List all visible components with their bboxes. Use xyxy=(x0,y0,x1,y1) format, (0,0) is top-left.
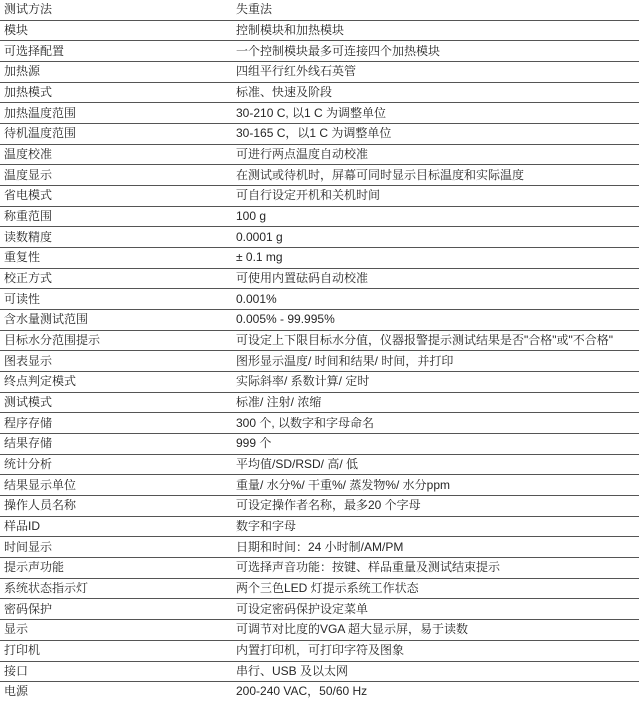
spec-value: 300 个, 以数字和字母命名 xyxy=(236,417,639,430)
table-row: 程序存储 300 个, 以数字和字母命名 xyxy=(0,413,639,434)
table-row: 读数精度 0.0001 g xyxy=(0,227,639,248)
spec-value: 可设定密码保护设定菜单 xyxy=(236,603,639,616)
spec-value: 内置打印机，可打印字符及图象 xyxy=(236,644,639,657)
spec-value: 可使用内置砝码自动校准 xyxy=(236,272,639,285)
table-row: 统计分析 平均值/SD/RSD/ 高/ 低 xyxy=(0,455,639,476)
spec-label: 可选择配置 xyxy=(0,45,236,58)
spec-label: 待机温度范围 xyxy=(0,127,236,140)
table-row: 加热温度范围 30-210 C, 以1 C 为调整单位 xyxy=(0,103,639,124)
spec-value: 可选择声音功能：按键、样品重量及测试结束提示 xyxy=(236,561,639,574)
spec-value: 控制模块和加热模块 xyxy=(236,24,639,37)
table-row: 打印机 内置打印机，可打印字符及图象 xyxy=(0,641,639,662)
spec-value: 四组平行红外线石英管 xyxy=(236,65,639,78)
table-row: 密码保护 可设定密码保护设定菜单 xyxy=(0,599,639,620)
spec-label: 加热源 xyxy=(0,65,236,78)
spec-label: 模块 xyxy=(0,24,236,37)
table-row: 温度显示 在测试或待机时，屏幕可同时显示目标温度和实际温度 xyxy=(0,165,639,186)
table-row: 提示声功能 可选择声音功能：按键、样品重量及测试结束提示 xyxy=(0,558,639,579)
table-row: 加热源 四组平行红外线石英管 xyxy=(0,62,639,83)
table-row: 终点判定模式 实际斜率/ 系数计算/ 定时 xyxy=(0,372,639,393)
spec-value: 可设定上下限目标水分值，仪器报警提示测试结果是否"合格"或"不合格" xyxy=(236,334,639,347)
spec-label: 提示声功能 xyxy=(0,561,236,574)
table-row: 含水量测试范围 0.005% - 99.995% xyxy=(0,310,639,331)
table-row: 电源 200-240 VAC，50/60 Hz xyxy=(0,682,639,702)
table-row: 结果显示单位 重量/ 水分%/ 干重%/ 蒸发物%/ 水分ppm xyxy=(0,475,639,496)
spec-value: 0.001% xyxy=(236,293,639,306)
spec-value: 30-165 C，以1 C 为调整单位 xyxy=(236,127,639,140)
spec-label: 可读性 xyxy=(0,293,236,306)
spec-value: 标准、快速及阶段 xyxy=(236,86,639,99)
table-row: 称重范围 100 g xyxy=(0,207,639,228)
spec-value: 重量/ 水分%/ 干重%/ 蒸发物%/ 水分ppm xyxy=(236,479,639,492)
spec-value: 实际斜率/ 系数计算/ 定时 xyxy=(236,375,639,388)
table-row: 接口 串行、USB 及以太网 xyxy=(0,662,639,683)
spec-label: 温度校准 xyxy=(0,148,236,161)
spec-label: 加热模式 xyxy=(0,86,236,99)
spec-value: 可设定操作者名称，最多20 个字母 xyxy=(236,499,639,512)
spec-label: 重复性 xyxy=(0,251,236,264)
table-row: 测试方法 失重法 xyxy=(0,0,639,21)
table-row: 图表显示 图形显示温度/ 时间和结果/ 时间，并打印 xyxy=(0,351,639,372)
spec-value: 在测试或待机时，屏幕可同时显示目标温度和实际温度 xyxy=(236,169,639,182)
spec-value: 0.005% - 99.995% xyxy=(236,313,639,326)
spec-label: 接口 xyxy=(0,665,236,678)
table-row: 系统状态指示灯 两个三色LED 灯提示系统工作状态 xyxy=(0,579,639,600)
spec-label: 统计分析 xyxy=(0,458,236,471)
table-row: 可读性 0.001% xyxy=(0,289,639,310)
table-row: 测试模式 标准/ 注射/ 浓缩 xyxy=(0,393,639,414)
spec-value: 失重法 xyxy=(236,3,639,16)
table-row: 加热模式 标准、快速及阶段 xyxy=(0,83,639,104)
table-row: 目标水分范围提示 可设定上下限目标水分值，仪器报警提示测试结果是否"合格"或"不… xyxy=(0,331,639,352)
spec-label: 显示 xyxy=(0,623,236,636)
table-row: 时间显示 日期和时间：24 小时制/AM/PM xyxy=(0,537,639,558)
spec-value: 可调节对比度的VGA 超大显示屏，易于读数 xyxy=(236,623,639,636)
spec-value: 图形显示温度/ 时间和结果/ 时间，并打印 xyxy=(236,355,639,368)
table-row: 校正方式 可使用内置砝码自动校准 xyxy=(0,269,639,290)
spec-label: 系统状态指示灯 xyxy=(0,582,236,595)
spec-value: 999 个 xyxy=(236,437,639,450)
spec-label: 操作人员名称 xyxy=(0,499,236,512)
spec-table: 测试方法 失重法 模块 控制模块和加热模块 可选择配置 一个控制模块最多可连接四… xyxy=(0,0,639,702)
table-row: 待机温度范围 30-165 C，以1 C 为调整单位 xyxy=(0,124,639,145)
spec-value: 串行、USB 及以太网 xyxy=(236,665,639,678)
spec-label: 测试模式 xyxy=(0,396,236,409)
spec-label: 样品ID xyxy=(0,520,236,533)
table-row: 结果存储 999 个 xyxy=(0,434,639,455)
spec-label: 时间显示 xyxy=(0,541,236,554)
table-row: 温度校准 可进行两点温度自动校准 xyxy=(0,145,639,166)
spec-value: 可自行设定开机和关机时间 xyxy=(236,189,639,202)
spec-label: 目标水分范围提示 xyxy=(0,334,236,347)
spec-value: 标准/ 注射/ 浓缩 xyxy=(236,396,639,409)
spec-label: 终点判定模式 xyxy=(0,375,236,388)
spec-label: 图表显示 xyxy=(0,355,236,368)
spec-value: 平均值/SD/RSD/ 高/ 低 xyxy=(236,458,639,471)
spec-value: 两个三色LED 灯提示系统工作状态 xyxy=(236,582,639,595)
spec-label: 密码保护 xyxy=(0,603,236,616)
spec-label: 电源 xyxy=(0,685,236,698)
table-row: 样品ID 数字和字母 xyxy=(0,517,639,538)
spec-label: 加热温度范围 xyxy=(0,107,236,120)
spec-value: 0.0001 g xyxy=(236,231,639,244)
table-row: 模块 控制模块和加热模块 xyxy=(0,21,639,42)
spec-label: 校正方式 xyxy=(0,272,236,285)
table-row: 省电模式 可自行设定开机和关机时间 xyxy=(0,186,639,207)
spec-value: 200-240 VAC，50/60 Hz xyxy=(236,685,639,698)
spec-label: 称重范围 xyxy=(0,210,236,223)
spec-label: 省电模式 xyxy=(0,189,236,202)
spec-label: 含水量测试范围 xyxy=(0,313,236,326)
spec-value: 100 g xyxy=(236,210,639,223)
spec-value: 可进行两点温度自动校准 xyxy=(236,148,639,161)
spec-label: 程序存储 xyxy=(0,417,236,430)
spec-value: 数字和字母 xyxy=(236,520,639,533)
spec-value: 一个控制模块最多可连接四个加热模块 xyxy=(236,45,639,58)
spec-sheet-page: 测试方法 失重法 模块 控制模块和加热模块 可选择配置 一个控制模块最多可连接四… xyxy=(0,0,639,702)
spec-label: 结果存储 xyxy=(0,437,236,450)
spec-label: 读数精度 xyxy=(0,231,236,244)
spec-label: 测试方法 xyxy=(0,3,236,16)
spec-value: ± 0.1 mg xyxy=(236,251,639,264)
table-row: 可选择配置 一个控制模块最多可连接四个加热模块 xyxy=(0,41,639,62)
spec-label: 结果显示单位 xyxy=(0,479,236,492)
spec-label: 温度显示 xyxy=(0,169,236,182)
spec-label: 打印机 xyxy=(0,644,236,657)
table-row: 重复性 ± 0.1 mg xyxy=(0,248,639,269)
spec-value: 日期和时间：24 小时制/AM/PM xyxy=(236,541,639,554)
spec-value: 30-210 C, 以1 C 为调整单位 xyxy=(236,107,639,120)
table-row: 操作人员名称 可设定操作者名称，最多20 个字母 xyxy=(0,496,639,517)
table-row: 显示 可调节对比度的VGA 超大显示屏，易于读数 xyxy=(0,620,639,641)
